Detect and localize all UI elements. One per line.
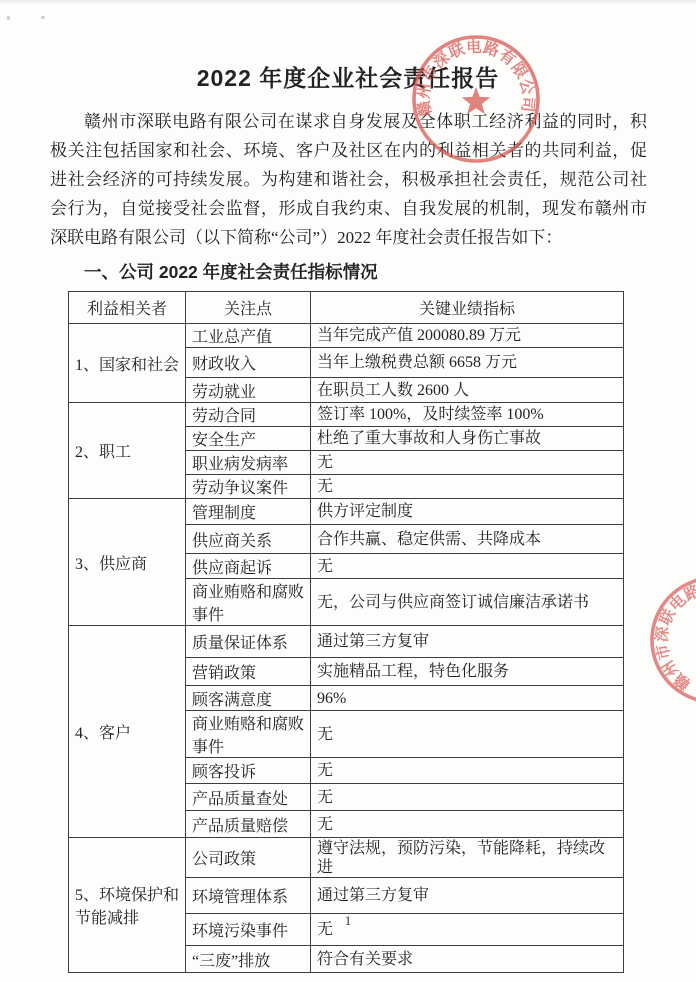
focus-cell: 产品质量赔偿 xyxy=(186,811,311,838)
table-row: 4、客户 质量保证体系 通过第三方复审 xyxy=(69,626,624,658)
kpi-cell: 遵守法规，预防污染，节能降耗，持续改进 xyxy=(311,838,624,878)
kpi-cell: 通过第三方复审 xyxy=(311,626,624,658)
focus-cell: 商业贿赂和腐败事件 xyxy=(186,711,311,758)
intro-line: 进社会经济的可持续发展。为构建和谐社会，积极承担社会责任，规范公司社 xyxy=(50,165,647,194)
focus-cell: 产品质量查处 xyxy=(186,784,311,811)
kpi-cell: 无 xyxy=(311,711,624,758)
intro-paragraph: 赣州市深联电路有限公司在谋求自身发展及全体职工经济利益的同时，积 极关注包括国家… xyxy=(50,107,647,252)
kpi-cell: 当年完成产值 200080.89 万元 xyxy=(311,324,624,348)
focus-cell: 劳动合同 xyxy=(186,403,311,427)
table-header-row: 利益相关者 关注点 关键业绩指标 xyxy=(69,292,624,324)
intro-line: 会行为，自觉接受社会监督，形成自我约束、自我发展的机制，现发布赣州市 xyxy=(50,194,647,223)
intro-line: 深联电路有限公司（以下简称“公司”）2022 年度社会责任报告如下： xyxy=(50,223,647,252)
company-seal-stamp-edge: 赣州市深联电路有限公司 xyxy=(641,567,696,713)
header-stakeholder: 利益相关者 xyxy=(69,292,186,324)
document-page: 2022 年度企业社会责任报告 赣州市深联电路有限公司在谋求自身发展及全体职工经… xyxy=(0,0,696,982)
focus-cell: 职业病发病率 xyxy=(186,451,311,475)
kpi-cell: 无 xyxy=(311,758,624,784)
table-row: 3、供应商 管理制度 供方评定制度 xyxy=(69,499,624,525)
kpi-cell: 无 xyxy=(311,811,624,838)
focus-cell: 公司政策 xyxy=(186,838,311,878)
focus-cell: 供应商关系 xyxy=(186,525,311,554)
stakeholder-cell: 3、供应商 xyxy=(69,499,186,626)
seal-company-text: 赣州市深联电路有限公司 xyxy=(641,567,696,696)
scan-speck xyxy=(7,16,10,20)
focus-cell: 劳动争议案件 xyxy=(186,475,311,499)
focus-cell: “三废”排放 xyxy=(186,946,311,973)
kpi-cell: 杜绝了重大事故和人身伤亡事故 xyxy=(311,427,624,451)
kpi-cell: 供方评定制度 xyxy=(311,499,624,525)
kpi-cell: 符合有关要求 xyxy=(311,946,624,973)
kpi-cell: 无，公司与供应商签订诚信廉洁承诺书 xyxy=(311,579,624,626)
focus-cell: 营销政策 xyxy=(186,658,311,686)
scan-edge-artifact xyxy=(0,0,696,5)
kpi-cell: 通过第三方复审 xyxy=(311,878,624,914)
table-row: 5、环境保护和节能减排 公司政策 遵守法规，预防污染，节能降耗，持续改进 xyxy=(69,838,624,878)
seal-ring xyxy=(641,567,696,713)
stakeholder-cell: 5、环境保护和节能减排 xyxy=(69,838,186,973)
kpi-cell: 无 xyxy=(311,784,624,811)
stakeholder-cell: 2、职工 xyxy=(69,403,186,499)
focus-cell: 管理制度 xyxy=(186,499,311,525)
focus-cell: 供应商起诉 xyxy=(186,554,311,579)
kpi-cell: 当年上缴税费总额 6658 万元 xyxy=(311,348,624,378)
report-title: 2022 年度企业社会责任报告 xyxy=(0,60,696,93)
intro-line: 赣州市深联电路有限公司在谋求自身发展及全体职工经济利益的同时，积 xyxy=(50,107,647,136)
focus-cell: 财政收入 xyxy=(186,348,311,378)
page-number: 1 xyxy=(0,913,696,929)
svg-text:赣州市深联电路有限公司: 赣州市深联电路有限公司 xyxy=(641,567,696,696)
kpi-cell: 96% xyxy=(311,686,624,711)
table-row: 2、职工 劳动合同 签订率 100%，及时续签率 100% xyxy=(69,403,624,427)
focus-cell: 质量保证体系 xyxy=(186,626,311,658)
header-focus: 关注点 xyxy=(186,292,311,324)
kpi-cell: 无 xyxy=(311,475,624,499)
section-heading: 一、公司 2022 年度社会责任指标情况 xyxy=(84,259,378,284)
focus-cell: 环境管理体系 xyxy=(186,878,311,914)
csr-indicator-table: 利益相关者 关注点 关键业绩指标 1、国家和社会 工业总产值 当年完成产值 20… xyxy=(68,291,624,973)
kpi-cell: 无 xyxy=(311,451,624,475)
focus-cell: 顾客投诉 xyxy=(186,758,311,784)
focus-cell: 商业贿赂和腐败事件 xyxy=(186,579,311,626)
kpi-cell: 合作共赢、稳定供需、共降成本 xyxy=(311,525,624,554)
intro-line: 极关注包括国家和社会、环境、客户及社区在内的利益相关者的共同利益，促 xyxy=(50,136,647,165)
focus-cell: 工业总产值 xyxy=(186,324,311,348)
kpi-cell: 无 xyxy=(311,554,624,579)
kpi-cell: 实施精品工程，特色化服务 xyxy=(311,658,624,686)
stakeholder-cell: 1、国家和社会 xyxy=(69,324,186,403)
stakeholder-cell: 4、客户 xyxy=(69,626,186,838)
header-kpi: 关键业绩指标 xyxy=(311,292,624,324)
kpi-cell: 签订率 100%，及时续签率 100% xyxy=(311,403,624,427)
scan-speck xyxy=(41,16,45,19)
table-row: 1、国家和社会 工业总产值 当年完成产值 200080.89 万元 xyxy=(69,324,624,348)
focus-cell: 顾客满意度 xyxy=(186,686,311,711)
kpi-cell: 在职员工人数 2600 人 xyxy=(311,378,624,403)
focus-cell: 劳动就业 xyxy=(186,378,311,403)
focus-cell: 安全生产 xyxy=(186,427,311,451)
